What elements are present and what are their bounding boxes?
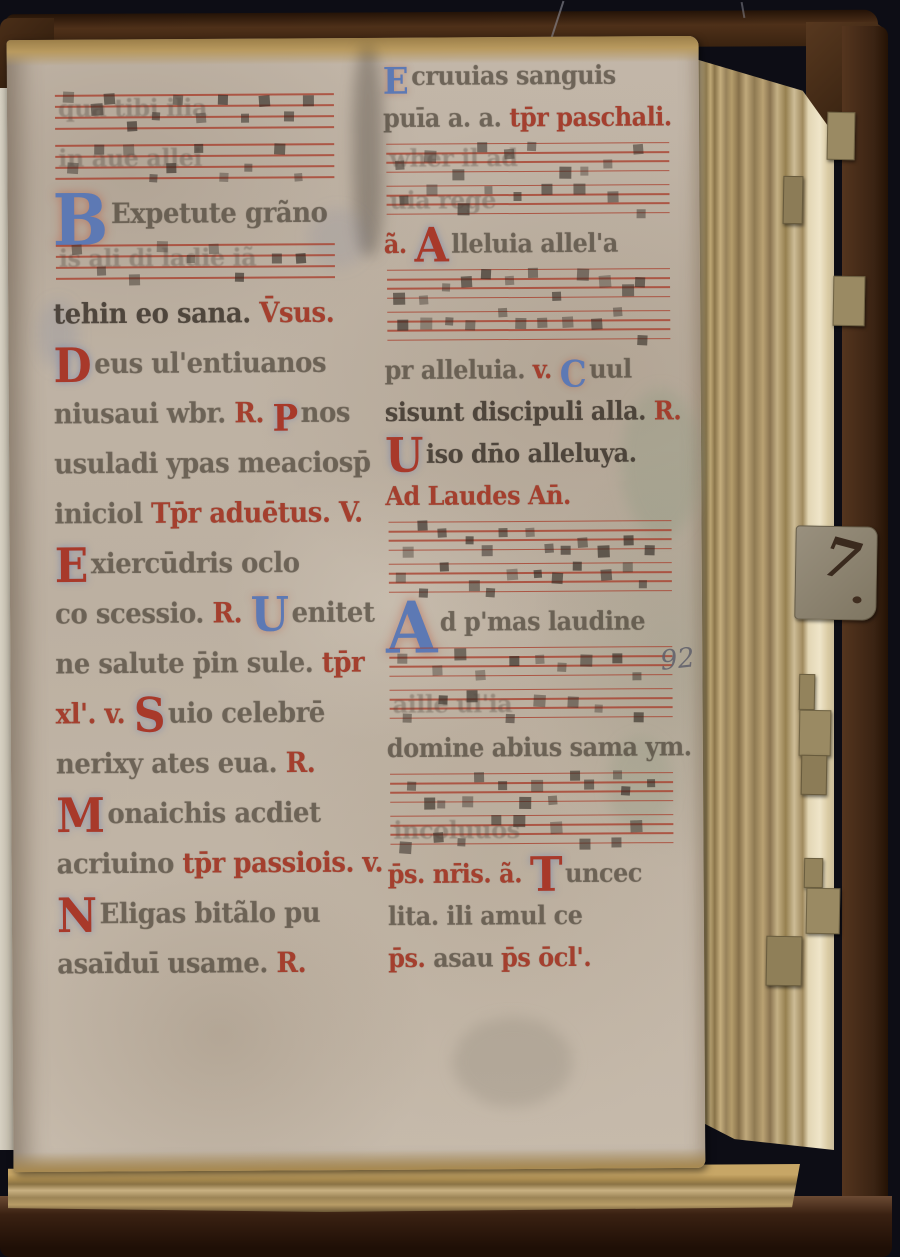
neume <box>577 537 588 548</box>
text-segment: uul <box>589 353 632 385</box>
neume <box>550 822 562 834</box>
neume <box>506 569 518 581</box>
text-line: tehin eo sana. V̄sus. <box>53 286 341 342</box>
text-line: Ad Laudes An̄. <box>385 472 677 519</box>
text-line: acriuino tp̄r passiois. v. <box>56 836 344 892</box>
neume <box>598 275 611 288</box>
bookmark-tab-mark-dot <box>852 596 861 603</box>
neume <box>403 547 414 558</box>
neume <box>621 786 630 795</box>
neume <box>594 704 603 713</box>
neume <box>519 797 531 809</box>
text-segment: lleluia allel'a <box>451 227 618 259</box>
text-segment: uncec <box>565 857 642 889</box>
text-line: usuladi ypas meaciosp̄ <box>54 436 342 492</box>
neume <box>481 269 492 280</box>
staff-line <box>388 520 671 523</box>
staff-line <box>387 310 670 313</box>
staff-line <box>389 655 672 658</box>
staff-line <box>56 276 335 279</box>
neume <box>432 665 443 676</box>
text-segment: asau <box>433 942 501 974</box>
neume <box>485 588 494 597</box>
neume <box>562 317 574 329</box>
neume <box>645 545 655 555</box>
neume <box>465 537 473 545</box>
neume <box>611 837 621 847</box>
neume <box>498 781 508 791</box>
neume <box>417 520 428 531</box>
text-segment: iso dn̄o alleluya. <box>426 437 637 470</box>
neume <box>633 143 644 154</box>
neume <box>639 580 647 588</box>
music-staff <box>384 304 676 348</box>
music-staff: incoluuos <box>387 808 679 852</box>
neume <box>638 335 648 345</box>
neume <box>622 285 634 297</box>
text-line: asaīduī usame. R. <box>57 936 345 992</box>
initial-letter: N <box>57 897 97 935</box>
text-segment: Expetute grãno <box>111 197 328 231</box>
text-segment: nerixy ates eua. <box>56 747 277 781</box>
initial-letter: M <box>56 797 104 835</box>
neume <box>515 318 526 329</box>
text-segment: eus ul'entiuanos <box>94 347 326 381</box>
text-line: puīa a. a. tp̄r paschali. <box>383 94 675 141</box>
neume <box>462 796 474 808</box>
parchment-tab <box>799 674 816 710</box>
text-segment: xiercūdris oclo <box>91 547 300 581</box>
text-segment: lita. ili amul ce <box>388 899 583 932</box>
neume <box>397 319 408 330</box>
neume <box>442 283 450 291</box>
initial-letter: C <box>560 361 587 391</box>
neume <box>623 535 633 545</box>
text-segment: sisunt discipuli alla. <box>385 395 646 428</box>
neume <box>591 318 602 329</box>
text-segment: tp̄r <box>313 647 364 680</box>
text-segment: V̄sus. <box>251 297 335 330</box>
text-segment: cruuias sanguis <box>411 59 616 92</box>
text-segment: tp̄r paschali. <box>509 101 672 133</box>
neume <box>601 569 613 581</box>
music-staff: qua tibi ilia <box>52 86 340 138</box>
text-line: p̄s. asau p̄s ōcl'. <box>388 934 680 981</box>
text-line: Ad p'mas laudine <box>386 598 678 645</box>
leather-cover-right <box>842 26 888 1226</box>
neume <box>498 308 507 317</box>
text-line: NEligas bitãlo pu <box>57 886 345 942</box>
text-segment: acriuino <box>56 848 182 881</box>
neume <box>572 562 581 571</box>
neume <box>219 172 229 182</box>
neume <box>393 293 405 305</box>
manuscript-photo: 7 qua tibi iliain aue alleiBExpetute grã… <box>0 0 900 1257</box>
neume <box>437 528 446 537</box>
music-staff: uia rege <box>383 178 675 222</box>
initial-letter: D <box>53 347 91 385</box>
music-staff: is ali di ladie iã <box>53 236 341 288</box>
text-segment: tehin eo sana. <box>53 297 251 331</box>
neume <box>580 654 592 666</box>
text-segment: ne salute p̄in sule. <box>55 647 313 681</box>
neume <box>544 543 554 553</box>
neume <box>537 318 547 328</box>
initial-letter: S <box>134 697 166 735</box>
music-staff: aille ul'ia <box>386 682 678 726</box>
ghost-text: uia rege <box>389 185 496 215</box>
text-segment: R. <box>277 747 315 780</box>
text-segment: usuladi ypas meaciosp̄ <box>54 447 371 481</box>
initial-letter: A <box>414 227 448 265</box>
neume <box>259 95 271 107</box>
text-segment: iniciol <box>54 498 151 531</box>
neume <box>634 277 644 287</box>
neume <box>637 209 646 218</box>
neume <box>570 770 580 780</box>
parchment-tab <box>827 112 856 160</box>
neume <box>407 781 416 790</box>
text-segment: R. <box>204 597 251 630</box>
ghost-text: is ali di ladie iã <box>59 243 256 273</box>
neume <box>533 695 545 707</box>
neume <box>244 164 252 172</box>
neume <box>421 317 433 329</box>
neume <box>535 655 545 665</box>
neume <box>126 122 136 132</box>
music-staff: wher il ad <box>383 136 675 180</box>
text-line: niusaui wbr. R. Pnos <box>54 386 342 442</box>
neume <box>474 772 484 782</box>
folio-number: 92 <box>659 642 697 677</box>
text-line: co scessio. R. Uenitet <box>55 586 343 642</box>
neume <box>557 662 567 672</box>
text-segment: R. <box>646 394 681 426</box>
initial-letter: E <box>383 68 409 98</box>
neume <box>241 114 249 122</box>
neume <box>525 528 534 537</box>
bookmark-tab-mark: 7 <box>814 532 885 591</box>
neume <box>622 563 632 573</box>
text-line: BExpetute grãno <box>52 186 340 242</box>
text-line: pr alleluia. v. Cuul <box>384 346 676 393</box>
initial-letter: U <box>385 437 423 475</box>
neume <box>568 696 580 708</box>
neume <box>552 292 561 301</box>
neume <box>630 820 642 832</box>
neume <box>284 111 294 121</box>
ghost-text: aille ul'ia <box>393 689 513 719</box>
text-segment: p̄s ōcl'. <box>501 941 591 973</box>
ghost-text: qua tibi ilia <box>58 93 207 123</box>
initial-letter: E <box>55 547 88 585</box>
neume <box>613 770 622 779</box>
text-segment: v. <box>525 353 560 385</box>
neume <box>552 572 564 584</box>
neume <box>149 174 158 183</box>
neume <box>445 317 454 326</box>
page-bottom-edge <box>13 1148 705 1172</box>
neume <box>128 275 139 286</box>
music-staff <box>386 640 678 684</box>
initial-letter: U <box>251 596 289 634</box>
text-segment: nos <box>301 397 351 430</box>
neume <box>647 779 656 788</box>
neume <box>234 272 243 281</box>
text-line: Exiercūdris oclo <box>55 536 343 592</box>
text-line: domine abius sama ym. <box>387 724 679 771</box>
neume <box>272 253 283 264</box>
text-segment: onaichis acdiet <box>107 797 320 831</box>
parchment-tab <box>799 710 832 757</box>
text-column-left: qua tibi iliain aue alleiBExpetute grãno… <box>52 86 345 988</box>
text-segment: pr alleluia. <box>384 353 525 385</box>
text-line: ã. Alleluia allel'a <box>384 220 676 267</box>
parchment-tab <box>804 858 824 888</box>
neume <box>476 670 487 681</box>
parchment-page: qua tibi iliain aue alleiBExpetute grãno… <box>7 36 706 1172</box>
neume <box>612 653 622 663</box>
text-line: sisunt discipuli alla. R. <box>385 388 677 435</box>
text-segment: enitet <box>291 597 374 630</box>
neume <box>469 581 480 592</box>
neume <box>528 267 539 278</box>
text-line: Deus ul'entiuanos <box>53 336 341 392</box>
neume <box>548 796 557 805</box>
text-segment: uio celebrē <box>168 697 325 730</box>
neume <box>454 648 466 660</box>
text-line: iniciol Tp̄r aduētus. V. <box>54 486 342 542</box>
staff-line <box>55 126 334 129</box>
neume <box>295 253 306 264</box>
neume <box>574 183 585 194</box>
text-segment: co scessio. <box>55 598 204 631</box>
text-line: Uiso dn̄o alleluya. <box>385 430 677 477</box>
text-line: nerixy ates eua. R. <box>56 736 344 792</box>
neume <box>295 173 304 182</box>
neume <box>437 800 445 808</box>
text-segment: Tp̄r aduētus. V. <box>151 497 363 531</box>
text-line: Ecruuias sanguis <box>383 52 675 99</box>
text-segment: ã. <box>384 228 415 260</box>
neume <box>482 545 493 556</box>
text-segment: xl'. v. <box>56 698 134 731</box>
neume <box>424 798 436 810</box>
parchment-tab <box>806 888 841 935</box>
neume <box>527 142 536 151</box>
bookmark-tab-large: 7 <box>794 525 878 620</box>
text-segment: p̄s. nr̄is. ã. <box>388 857 530 889</box>
neume <box>513 192 521 200</box>
neume <box>608 191 619 202</box>
text-segment: asaīduī usame. <box>57 947 268 981</box>
music-staff <box>384 262 676 306</box>
parchment-tab <box>833 276 866 327</box>
neume <box>533 570 542 579</box>
neume <box>531 780 543 792</box>
text-segment: d p'mas laudine <box>440 605 645 638</box>
text-segment: p̄s. <box>388 942 433 974</box>
neume <box>604 159 614 169</box>
neume <box>505 276 514 285</box>
neume <box>461 276 473 288</box>
initial-letter: T <box>530 856 562 894</box>
text-segment: tp̄r passiois. v. <box>182 847 383 881</box>
neume <box>634 712 644 722</box>
neume <box>542 184 553 195</box>
neume <box>398 654 408 664</box>
neume <box>498 528 507 537</box>
parchment-tab <box>783 176 804 224</box>
neume <box>396 573 406 583</box>
text-line: xl'. v. Suio celebrē <box>56 686 344 742</box>
neume <box>510 656 520 666</box>
music-staff <box>385 514 677 558</box>
text-line: Monaichis acdiet <box>56 786 344 842</box>
neume <box>218 94 228 104</box>
neume <box>274 143 286 155</box>
music-staff <box>387 766 679 810</box>
neume <box>585 780 594 789</box>
initial-letter: P <box>272 405 297 435</box>
neume <box>561 545 571 555</box>
text-segment: Ad Laudes An̄. <box>385 479 571 511</box>
text-segment: R. <box>226 397 273 430</box>
stain <box>453 1017 574 1108</box>
neume <box>580 167 589 176</box>
ghost-text: incoluuos <box>393 815 519 845</box>
ghost-text: in aue allei <box>58 143 202 173</box>
parchment-tab <box>766 936 803 987</box>
neume <box>303 95 314 106</box>
neume <box>613 307 623 317</box>
text-segment: domine abius sama ym. <box>387 730 692 763</box>
neume <box>559 166 571 178</box>
text-segment: R. <box>268 947 306 980</box>
neume <box>579 839 590 850</box>
neume <box>465 320 475 330</box>
staff-line <box>389 646 672 649</box>
text-line: p̄s. nr̄is. ã. Tuncec <box>388 850 680 897</box>
staff-line <box>387 338 670 341</box>
staff-line <box>390 772 673 775</box>
text-segment: puīa a. a. <box>383 102 509 134</box>
text-line: lita. ili amul ce <box>388 892 680 939</box>
staff-line <box>389 580 672 583</box>
neume <box>633 672 641 680</box>
text-segment: Eligas bitãlo pu <box>100 897 321 931</box>
staff-line <box>389 548 672 551</box>
neume <box>440 562 449 571</box>
parchment-tab <box>801 755 828 795</box>
text-line: ne salute p̄in sule. tp̄r <box>55 636 343 692</box>
ghost-text: wher il ad <box>389 143 517 173</box>
neume <box>577 268 589 280</box>
text-column-right: Ecruuias sanguispuīa a. a. tp̄r paschali… <box>383 52 681 978</box>
neume <box>419 295 429 305</box>
text-segment: niusaui wbr. <box>54 398 226 431</box>
